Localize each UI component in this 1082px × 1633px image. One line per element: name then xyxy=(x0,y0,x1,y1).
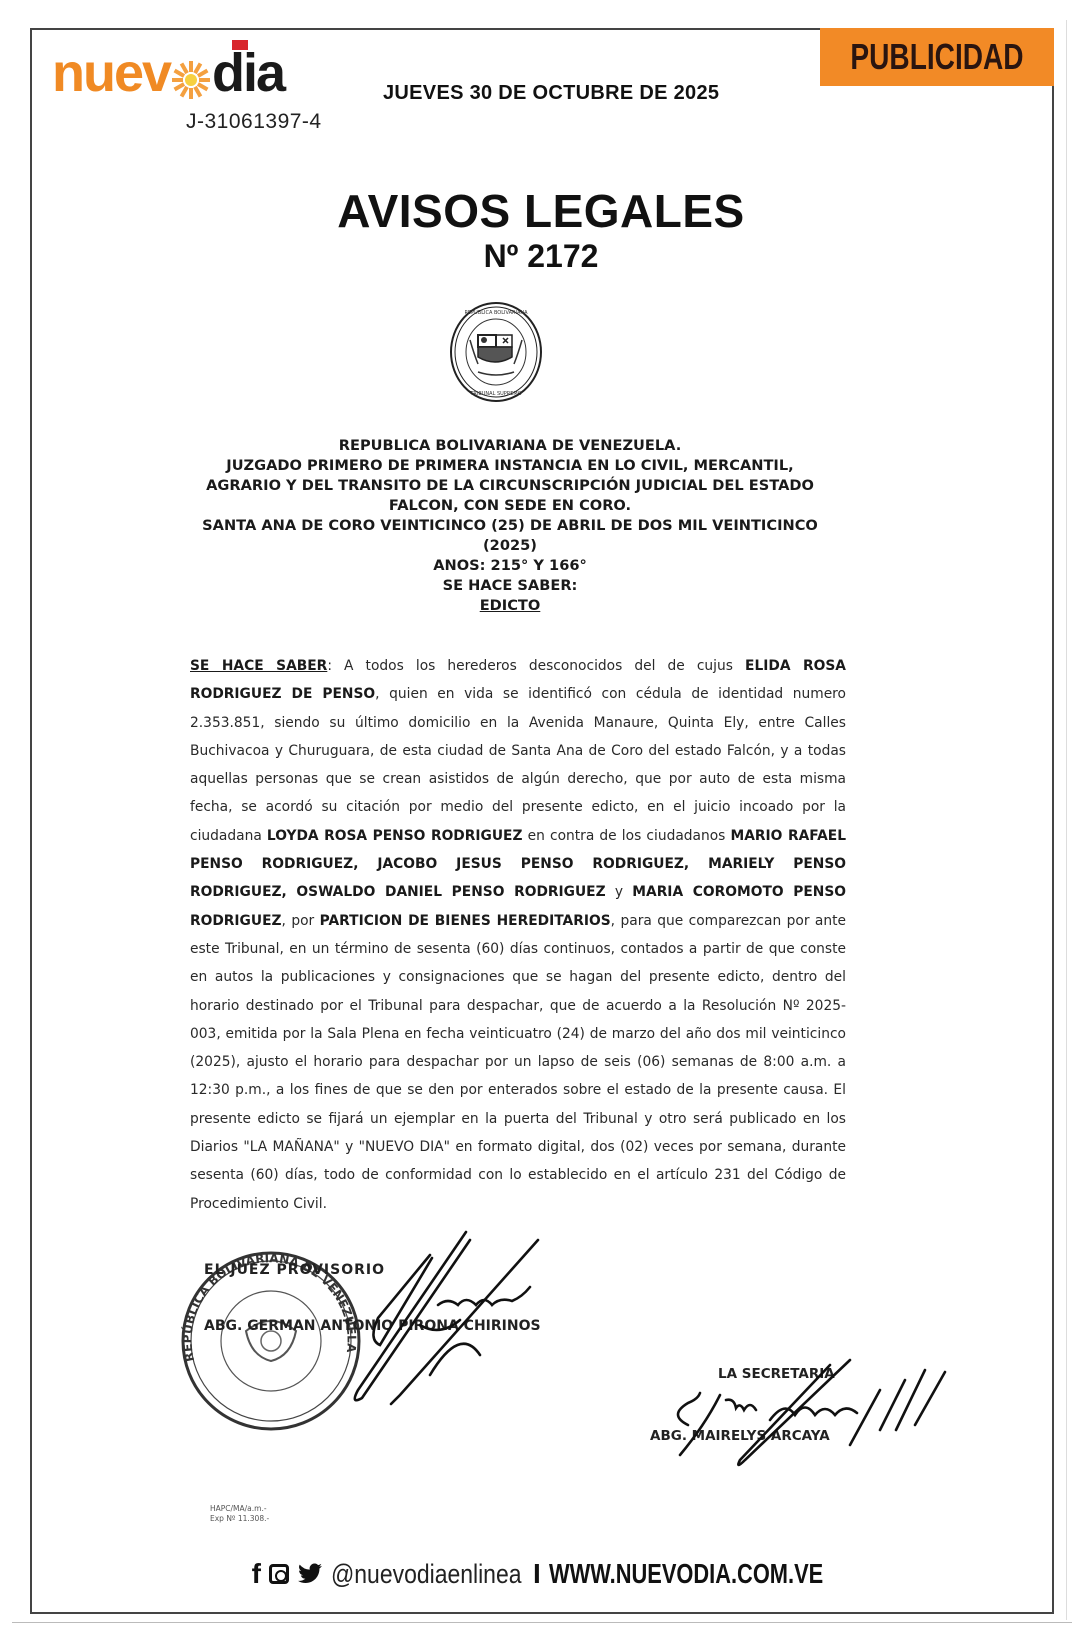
svg-text:REPUBLICA BOLIVARIANA: REPUBLICA BOLIVARIANA xyxy=(464,310,528,316)
section-badge: PUBLICIDAD xyxy=(820,28,1054,86)
body-text-run: , por xyxy=(282,913,320,929)
court-header-line: ANOS: 215° Y 166° xyxy=(160,556,860,576)
edict-body: SE HACE SABER: A todos los herederos des… xyxy=(190,652,846,1218)
court-header-line: JUZGADO PRIMERO DE PRIMERA INSTANCIA EN … xyxy=(160,456,860,476)
case-reference: HAPC/MA/a.m.- Exp Nº 11.308.- xyxy=(210,1504,269,1524)
logo-text-part2: dia xyxy=(212,46,284,100)
twitter-icon[interactable] xyxy=(297,1563,323,1585)
body-text-run: y xyxy=(606,884,633,900)
court-header-line: (2025) xyxy=(160,536,860,556)
issue-number: Nº 2172 xyxy=(0,238,1082,275)
reference-line: Exp Nº 11.308.- xyxy=(210,1514,269,1524)
footer: f @nuevodiaenlinea I WWW.NUEVODIA.COM.VE xyxy=(0,1558,1082,1590)
reference-line: HAPC/MA/a.m.- xyxy=(210,1504,269,1514)
judge-title: EL JUEZ PROVISORIO xyxy=(204,1262,385,1278)
court-header-line: FALCON, CON SEDE EN CORO. xyxy=(160,496,860,516)
body-text-run: : A todos los herederos desconocidos del… xyxy=(327,658,745,674)
court-header-line: REPUBLICA BOLIVARIANA DE VENEZUELA. xyxy=(160,436,860,456)
svg-text:TRIBUNAL SUPREMO: TRIBUNAL SUPREMO xyxy=(469,391,521,397)
company-rif: J-31061397-4 xyxy=(186,110,322,134)
secretary-name: ABG. MAIRELYS ARCAYA xyxy=(650,1428,830,1444)
sun-icon xyxy=(171,55,211,95)
body-text-run: en contra de los ciudadanos xyxy=(522,828,730,844)
social-handle[interactable]: @nuevodiaenlinea xyxy=(331,1559,521,1590)
logo-text-part1: nuev xyxy=(52,46,170,100)
body-bold-run: LOYDA ROSA PENSO RODRIGUEZ xyxy=(267,828,523,844)
body-text-run: , quien en vida se identificó con cédula… xyxy=(190,686,846,843)
page-title: AVISOS LEGALES xyxy=(0,184,1082,238)
court-header: REPUBLICA BOLIVARIANA DE VENEZUELA. JUZG… xyxy=(160,436,860,616)
body-text-run: , para que comparezcan por ante este Tri… xyxy=(190,913,846,1212)
footer-separator: I xyxy=(533,1558,541,1590)
secretary-title: LA SECRETARIA xyxy=(718,1366,835,1382)
court-header-line: SE HACE SABER: xyxy=(160,576,860,596)
website-link[interactable]: WWW.NUEVODIA.COM.VE xyxy=(549,1558,823,1590)
court-seal-icon: REPUBLICA BOLIVARIANA TRIBUNAL SUPREMO xyxy=(448,300,544,404)
page-edge-bottom xyxy=(12,1622,1072,1623)
logo-accent xyxy=(232,40,248,50)
court-header-line: SANTA ANA DE CORO VEINTICINCO (25) DE AB… xyxy=(160,516,860,536)
body-segments: : A todos los herederos desconocidos del… xyxy=(190,658,846,1212)
edicto-heading: EDICTO xyxy=(160,596,860,616)
body-lead: SE HACE SABER xyxy=(190,658,327,674)
nuevodia-logo: nuev dia xyxy=(52,46,284,100)
body-bold-run: PARTICION DE BIENES HEREDITARIOS xyxy=(320,913,611,929)
court-header-line: AGRARIO Y DEL TRANSITO DE LA CIRCUNSCRIP… xyxy=(160,476,860,496)
facebook-icon[interactable]: f xyxy=(252,1558,261,1590)
judge-name: ABG. GERMAN ANTONIO PIRONA CHIRINOS xyxy=(204,1318,541,1334)
instagram-icon[interactable] xyxy=(269,1564,289,1584)
publication-date: JUEVES 30 DE OCTUBRE DE 2025 xyxy=(383,82,719,105)
